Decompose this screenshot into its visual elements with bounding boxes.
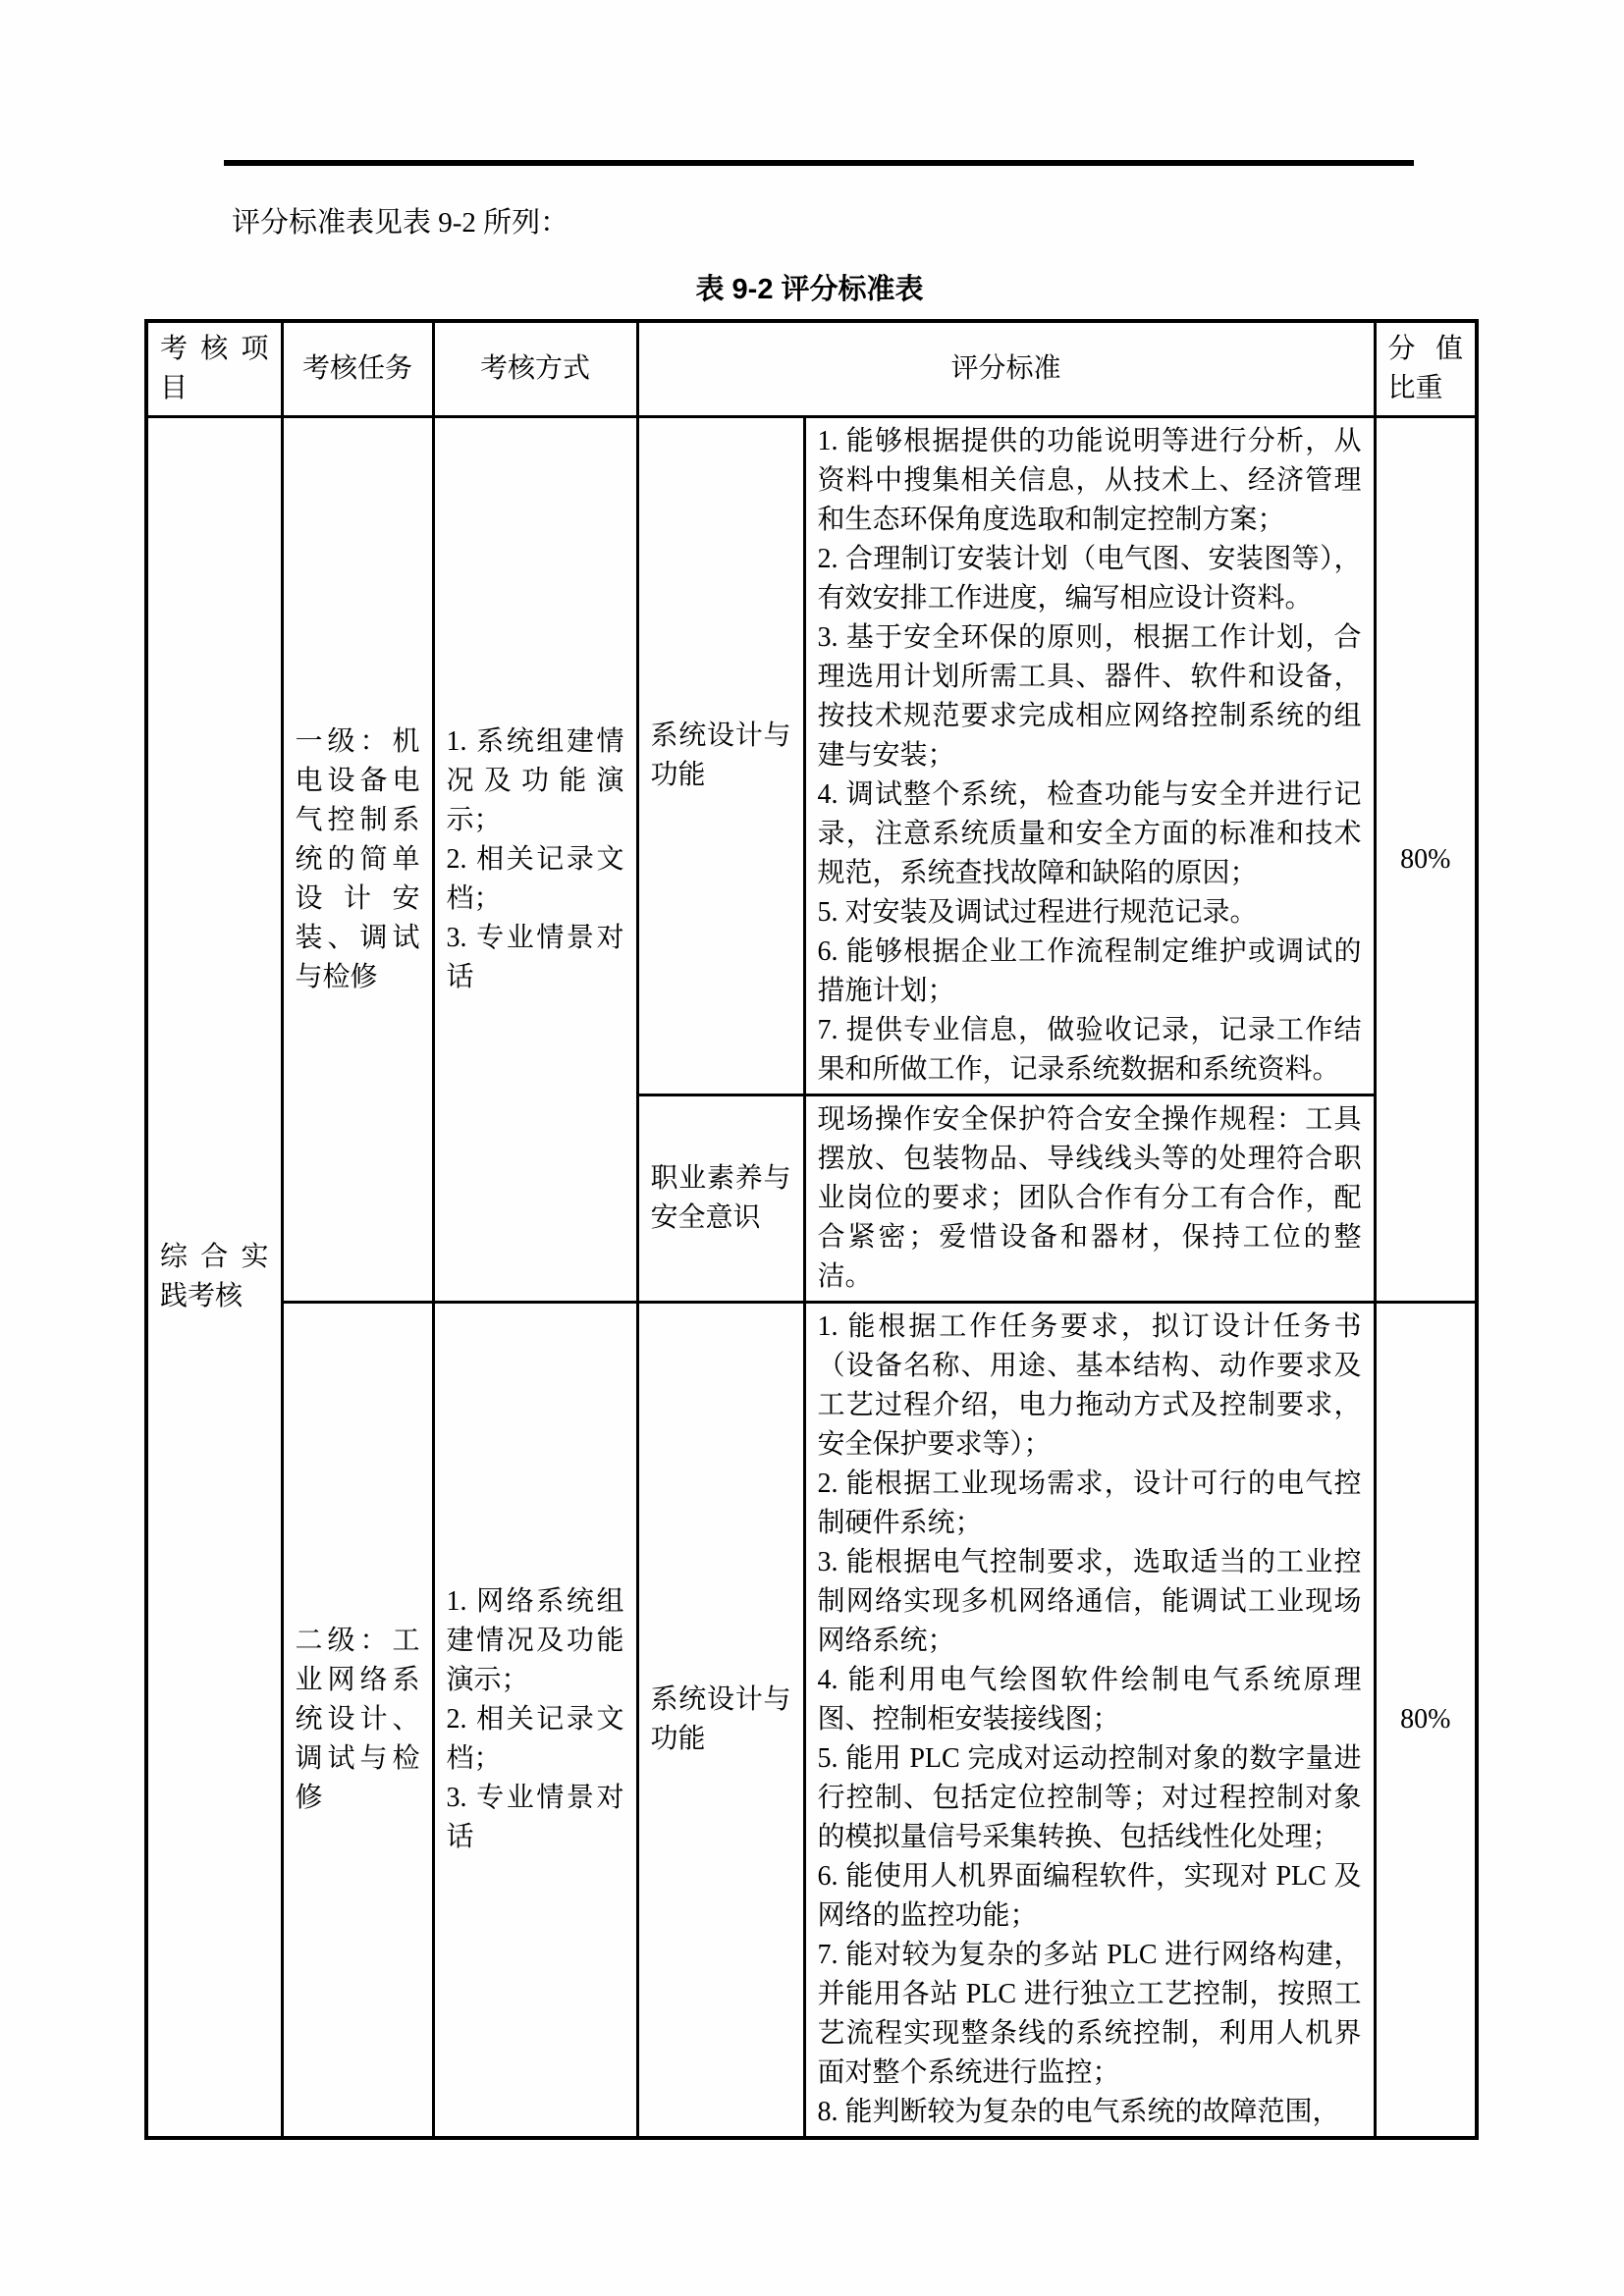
criteria-item: 7. 能对较为复杂的多站 PLC 进行网络构建，并能用各站 PLC 进行独立工艺…	[818, 1936, 1362, 2093]
criteria-item: 4. 能利用电气绘图软件绘制电气系统原理图、控制柜安装接线图；	[818, 1661, 1362, 1739]
cell-task-level1: 一级：机电设备电气控制系统的简单设计安装、调试与检修	[282, 417, 433, 1303]
criteria-item: 2. 能根据工业现场需求，设计可行的电气控制硬件系统；	[818, 1465, 1362, 1543]
header-exam-item: 考核项目	[146, 321, 282, 417]
cell-methods-level2: 1. 网络系统组建情况及功能演示； 2. 相关记录文档； 3. 专业情景对话	[433, 1303, 637, 2139]
criteria-item: 7. 提供专业信息，做验收记录，记录工作结果和所做工作，记录系统数据和系统资料。	[818, 1011, 1362, 1090]
method-item: 2. 相关记录文档；	[447, 1700, 624, 1779]
header-scoring-criteria: 评分标准	[637, 321, 1375, 417]
criteria-item: 5. 对安装及调试过程进行规范记录。	[818, 893, 1362, 933]
method-item: 1. 系统组建情况及功能演示；	[447, 722, 624, 840]
document-page: 评分标准表见表 9-2 所列： 表 9-2 评分标准表 考核项目 考核任务 考核…	[0, 0, 1624, 2296]
header-weight: 分值比重	[1375, 321, 1477, 417]
header-exam-task: 考核任务	[282, 321, 433, 417]
cell-category-system-design: 系统设计与功能	[637, 417, 804, 1095]
criteria-item: 6. 能够根据企业工作流程制定维护或调试的措施计划；	[818, 933, 1362, 1011]
criteria-item: 6. 能使用人机界面编程软件，实现对 PLC 及网络的监控功能；	[818, 1857, 1362, 1936]
cell-weight-level2: 80%	[1375, 1303, 1477, 2139]
criteria-item: 2. 合理制订安装计划（电气图、安装图等），有效安排工作进度，编写相应设计资料。	[818, 540, 1362, 618]
table-caption: 表 9-2 评分标准表	[144, 272, 1475, 307]
scoring-table: 考核项目 考核任务 考核方式 评分标准 分值比重 综合实践考核 一级：机电设备电…	[144, 319, 1479, 2140]
criteria-item: 1. 能够根据提供的功能说明等进行分析，从资料中搜集相关信息，从技术上、经济管理…	[818, 422, 1362, 540]
cell-criteria-level1-safety: 现场操作安全保护符合安全操作规程：工具摆放、包装物品、导线线头等的处理符合职业岗…	[804, 1095, 1375, 1303]
header-exam-method: 考核方式	[433, 321, 637, 417]
criteria-item: 4. 调试整个系统，检查功能与安全并进行记录，注意系统质量和安全方面的标准和技术…	[818, 775, 1362, 893]
criteria-item: 5. 能用 PLC 完成对运动控制对象的数字量进行控制、包括定位控制等；对过程控…	[818, 1739, 1362, 1857]
cell-methods-level1: 1. 系统组建情况及功能演示； 2. 相关记录文档； 3. 专业情景对话	[433, 417, 637, 1303]
cell-criteria-level2-design: 1. 能根据工作任务要求，拟订设计任务书（设备名称、用途、基本结构、动作要求及工…	[804, 1303, 1375, 2139]
cell-weight-level1: 80%	[1375, 417, 1477, 1303]
method-item: 3. 专业情景对话	[447, 1779, 624, 1857]
cell-project: 综合实践考核	[146, 417, 282, 2139]
cell-category-system-design-2: 系统设计与功能	[637, 1303, 804, 2139]
criteria-item: 现场操作安全保护符合安全操作规程：工具摆放、包装物品、导线线头等的处理符合职业岗…	[818, 1100, 1362, 1297]
cell-criteria-level1-design: 1. 能够根据提供的功能说明等进行分析，从资料中搜集相关信息，从技术上、经济管理…	[804, 417, 1375, 1095]
intro-text: 评分标准表见表 9-2 所列：	[232, 201, 568, 244]
method-item: 3. 专业情景对话	[447, 919, 624, 997]
method-item: 1. 网络系统组建情况及功能演示；	[447, 1582, 624, 1700]
criteria-item: 8. 能判断较为复杂的电气系统的故障范围，	[818, 2093, 1362, 2132]
criteria-item: 3. 基于安全环保的原则，根据工作计划，合理选用计划所需工具、器件、软件和设备，…	[818, 618, 1362, 775]
header-row: 考核项目 考核任务 考核方式 评分标准 分值比重	[146, 321, 1477, 417]
criteria-item: 1. 能根据工作任务要求，拟订设计任务书（设备名称、用途、基本结构、动作要求及工…	[818, 1308, 1362, 1465]
criteria-item: 3. 能根据电气控制要求，选取适当的工业控制网络实现多机网络通信，能调试工业现场…	[818, 1543, 1362, 1661]
row-level1-design: 综合实践考核 一级：机电设备电气控制系统的简单设计安装、调试与检修 1. 系统组…	[146, 417, 1477, 1095]
header-rule	[224, 160, 1414, 166]
method-item: 2. 相关记录文档；	[447, 840, 624, 919]
cell-category-professionalism: 职业素养与安全意识	[637, 1095, 804, 1303]
cell-task-level2: 二级：工业网络系统设计、调试与检修	[282, 1303, 433, 2139]
row-level2-design: 二级：工业网络系统设计、调试与检修 1. 网络系统组建情况及功能演示； 2. 相…	[146, 1303, 1477, 2139]
